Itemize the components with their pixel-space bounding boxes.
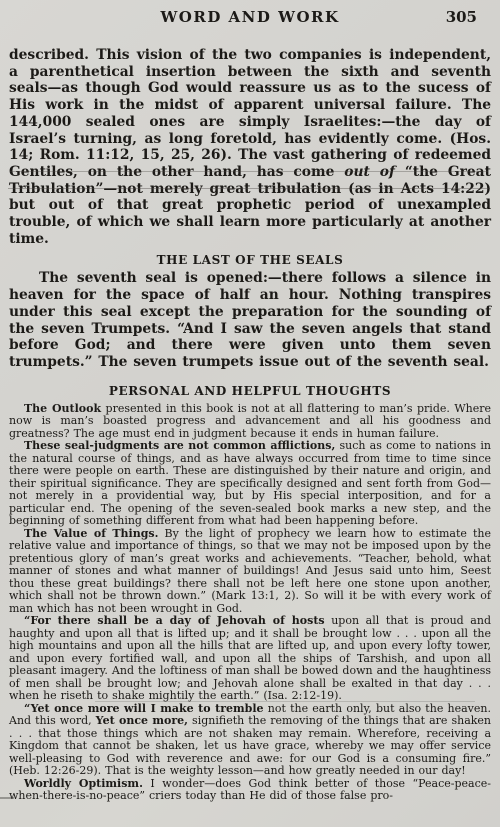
text-segment: upon all that is proud and haughty and u… bbox=[9, 614, 491, 702]
thoughts-paragraph-day-of-jehovah: “For there shall be a day of Jehovah of … bbox=[9, 615, 491, 703]
text-segment: Yet once more, bbox=[96, 714, 188, 727]
text-segment: “Yet once more will I make to tremble bbox=[24, 702, 264, 715]
page-number: 305 bbox=[446, 8, 477, 26]
page-body: described. This vision of the two compan… bbox=[9, 47, 491, 803]
thoughts-paragraph-value-of-things: The Value of Things. By the light of pro… bbox=[9, 528, 491, 616]
section-heading-last-of-seals: THE LAST OF THE SEALS bbox=[9, 253, 491, 267]
section-heading-personal-thoughts: PERSONAL AND HELPFUL THOUGHTS bbox=[9, 384, 491, 398]
running-title: WORD AND WORK bbox=[9, 8, 491, 26]
seals-paragraph: The seventh seal is opened:—there follow… bbox=[9, 270, 491, 370]
scanned-document-page: WORD AND WORK 305 described. This vision… bbox=[0, 0, 500, 827]
text-segment: The Value of Things. bbox=[24, 527, 158, 540]
text-segment: described. This vision of the two compan… bbox=[9, 47, 491, 180]
text-segment: “For there shall be a day of Jehovah of … bbox=[24, 614, 325, 627]
intro-paragraph: described. This vision of the two compan… bbox=[9, 47, 491, 247]
text-segment: out of bbox=[344, 164, 395, 180]
thoughts-section: The Outlook presented in this book is no… bbox=[9, 403, 491, 803]
page-header: WORD AND WORK 305 bbox=[9, 8, 491, 28]
thoughts-paragraph-yet-once-more: “Yet once more will I make to tremble no… bbox=[9, 703, 491, 778]
thoughts-paragraph-seal-judgments: These seal-judgments are not common affl… bbox=[9, 440, 491, 528]
text-segment: These seal-judgments are not common affl… bbox=[24, 439, 335, 452]
text-segment: Worldly Optimism. bbox=[24, 777, 143, 790]
thoughts-paragraph-outlook: The Outlook presented in this book is no… bbox=[9, 403, 491, 441]
text-segment: By the light of prophecy we learn how to… bbox=[9, 527, 491, 615]
text-segment: such as come to nations in the natural c… bbox=[9, 439, 491, 527]
thoughts-paragraph-worldly-optimism: Worldly Optimism. I wonder—does God thin… bbox=[9, 778, 491, 803]
text-segment: The Outlook bbox=[24, 402, 101, 415]
